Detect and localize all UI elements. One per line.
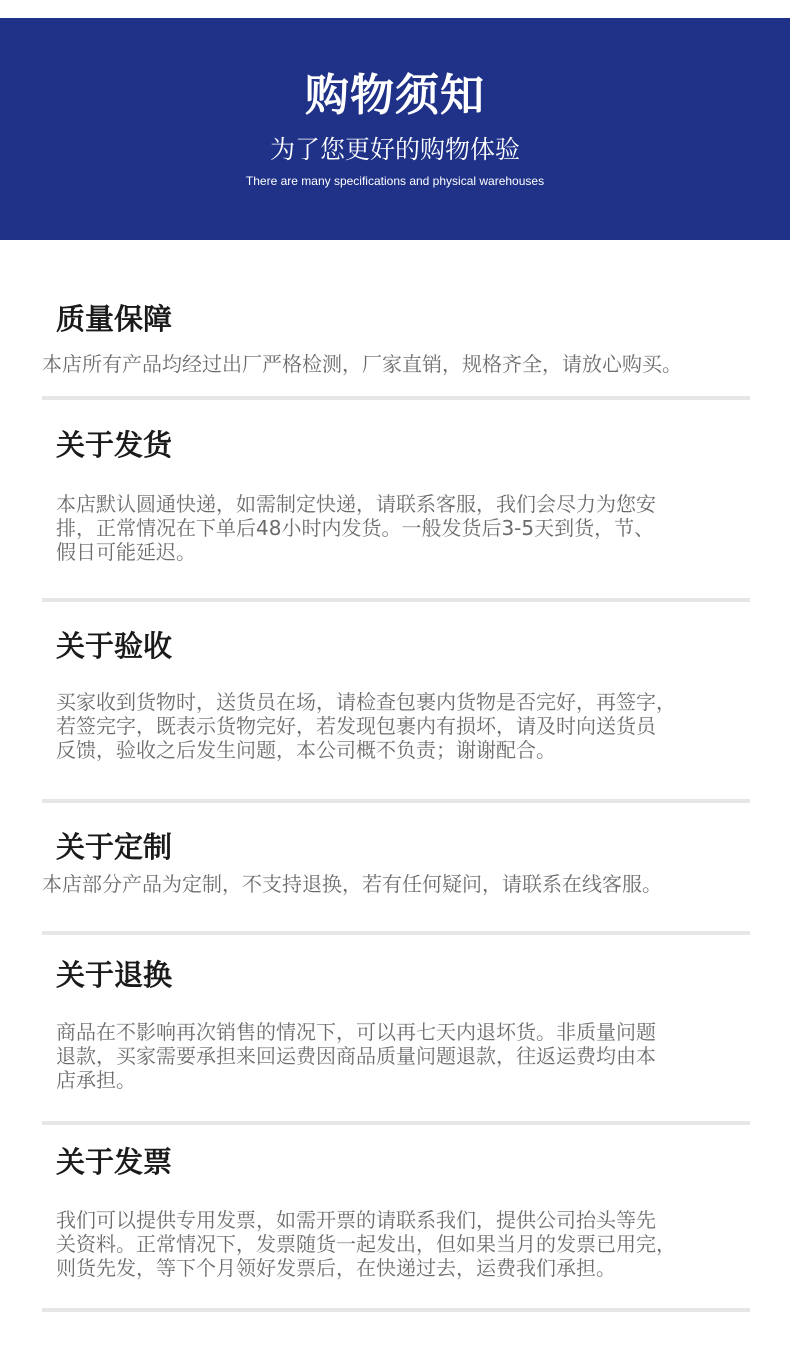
section-body: 本店所有产品均经过出厂严格检测，厂家直销，规格齐全，请放心购买。 (42, 352, 682, 376)
divider (42, 799, 750, 803)
section-body: 我们可以提供专用发票，如需开票的请联系我们，提供公司抬头等先 关资料。正常情况下… (56, 1208, 676, 1280)
page-title: 购物须知 (0, 68, 790, 124)
section-title: 关于验收 (56, 627, 172, 665)
section-title: 关于退换 (56, 956, 172, 994)
section-title: 关于发票 (56, 1143, 172, 1181)
page-subtitle-english: There are many specifications and physic… (0, 173, 790, 189)
section-title: 关于发货 (56, 426, 172, 464)
page-subtitle: 为了您更好的购物体验 (0, 134, 790, 166)
divider (42, 931, 750, 935)
section-title: 关于定制 (56, 828, 172, 866)
section-body: 买家收到货物时，送货员在场，请检查包裹内货物是否完好，再签字， 若签完字，既表示… (56, 690, 676, 762)
section-body: 商品在不影响再次销售的情况下，可以再七天内退坏货。非质量问题 退款，买家需要承担… (56, 1020, 656, 1092)
divider (42, 1121, 750, 1125)
section-body: 本店默认圆通快递，如需制定快递，请联系客服，我们会尽力为您安 排，正常情况在下单… (56, 492, 656, 564)
divider (42, 1308, 750, 1312)
section-body: 本店部分产品为定制，不支持退换，若有任何疑问，请联系在线客服。 (42, 872, 662, 896)
header-banner: 购物须知 为了您更好的购物体验 There are many specifica… (0, 18, 790, 240)
section-title: 质量保障 (56, 300, 172, 338)
divider (42, 598, 750, 602)
divider (42, 396, 750, 400)
